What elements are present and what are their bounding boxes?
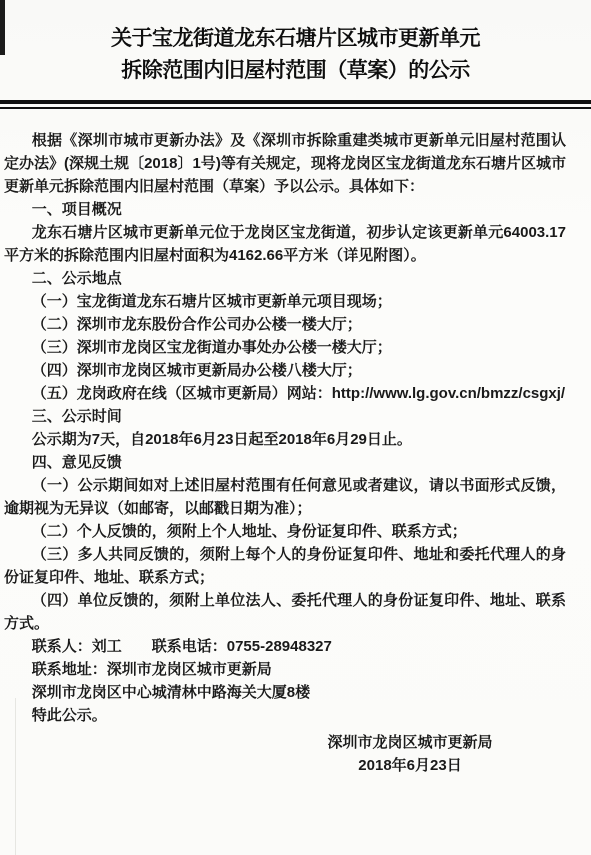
closing-line: 特此公示。 <box>4 704 566 727</box>
document-body: 根据《深圳市城市更新办法》及《深圳市拆除重建类城市更新单元旧屋村范围认定办法》(… <box>0 109 591 727</box>
section-2-heading: 二、公示地点 <box>4 267 566 290</box>
title-divider-rule <box>0 100 591 109</box>
contact-address-line: 联系地址：深圳市龙岗区城市更新局 <box>4 658 566 681</box>
feedback-item-1: （一）公示期间如对上述旧屋村范围有任何意见或者建议，请以书面形式反馈，逾期视为无… <box>4 474 566 520</box>
venue-item-5-website: （五）龙岗政府在线（区城市更新局）网站：http://www.lg.gov.cn… <box>4 382 566 405</box>
feedback-item-3: （三）多人共同反馈的，须附上每个人的身份证复印件、地址和委托代理人的身份证复印件… <box>4 543 566 589</box>
publicity-period-paragraph: 公示期为7天，自2018年6月23日起至2018年6月29日止。 <box>4 428 566 451</box>
document-title-line-2: 拆除范围内旧屋村范围（草案）的公示 <box>0 55 591 87</box>
signature-block: 深圳市龙岗区城市更新局 2018年6月23日 <box>321 731 499 777</box>
issue-date: 2018年6月23日 <box>321 754 499 777</box>
section-3-heading: 三、公示时间 <box>4 405 566 428</box>
contact-person-line: 联系人：刘工 联系电话：0755-28948327 <box>4 635 566 658</box>
scan-artifact-bar <box>0 0 5 55</box>
scan-artifact-line <box>15 698 16 855</box>
document-title: 关于宝龙街道龙东石塘片区城市更新单元 拆除范围内旧屋村范围（草案）的公示 <box>0 0 591 87</box>
feedback-item-4: （四）单位反馈的，须附上单位法人、委托代理人的身份证复印件、地址、联系方式。 <box>4 589 566 635</box>
venue-item-1: （一）宝龙街道龙东石塘片区城市更新单元项目现场； <box>4 290 566 313</box>
venue-item-4: （四）深圳市龙岗区城市更新局办公楼八楼大厅； <box>4 359 566 382</box>
contact-address-line-2: 深圳市龙岗区中心城清林中路海关大厦8楼 <box>4 681 566 704</box>
feedback-item-2: （二）个人反馈的，须附上个人地址、身份证复印件、联系方式； <box>4 520 566 543</box>
document-title-line-1: 关于宝龙街道龙东石塘片区城市更新单元 <box>0 23 591 55</box>
issuer-agency: 深圳市龙岗区城市更新局 <box>321 731 499 754</box>
project-overview-paragraph: 龙东石塘片区城市更新单元位于龙岗区宝龙街道，初步认定该更新单元64003.17平… <box>4 221 566 267</box>
scanned-notice-page: 关于宝龙街道龙东石塘片区城市更新单元 拆除范围内旧屋村范围（草案）的公示 根据《… <box>0 0 591 855</box>
venue-item-2: （二）深圳市龙东股份合作公司办公楼一楼大厅； <box>4 313 566 336</box>
venue-item-3: （三）深圳市龙岗区宝龙街道办事处办公楼一楼大厅； <box>4 336 566 359</box>
intro-paragraph: 根据《深圳市城市更新办法》及《深圳市拆除重建类城市更新单元旧屋村范围认定办法》(… <box>4 129 566 198</box>
section-4-heading: 四、意见反馈 <box>4 451 566 474</box>
section-1-heading: 一、项目概况 <box>4 198 566 221</box>
